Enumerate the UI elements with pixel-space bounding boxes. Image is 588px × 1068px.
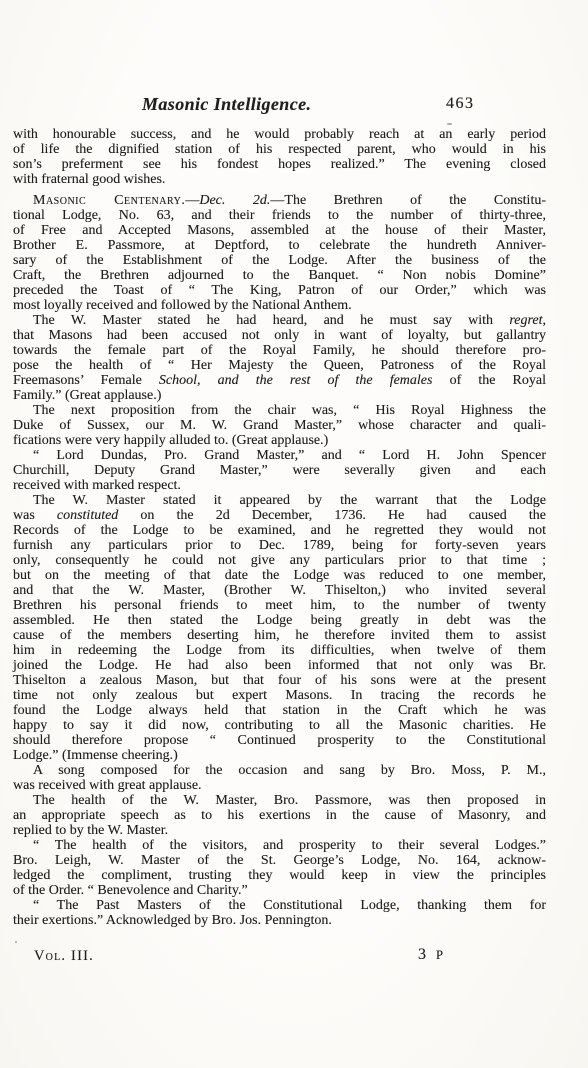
- text-line: was received with great applause.: [13, 778, 546, 793]
- text-line: Thiselton a zealous Mason, but that four…: [13, 673, 546, 688]
- text-segment: constituted: [57, 508, 118, 523]
- signature-letter: P: [436, 948, 443, 962]
- text-line: with fraternal good wishes.: [13, 172, 546, 187]
- text-segment: Lodge.” (Immense cheering.): [13, 748, 178, 763]
- text-segment: on the 2d December, 1736. He had caused …: [118, 508, 546, 523]
- text-segment: The W. Master stated he had heard, and h…: [33, 313, 509, 328]
- text-segment: A song composed for the occasion and san…: [33, 763, 546, 778]
- text-segment: Craft, the Brethren adjourned to the Ban…: [13, 268, 546, 283]
- text-segment: assembled. He then stated the Lodge bein…: [13, 613, 546, 628]
- text-segment: —The Brethren of the Constitu-: [270, 193, 546, 208]
- text-line: Craft, the Brethren adjourned to the Ban…: [13, 268, 546, 283]
- text-line: sary of the Establishment of the Lodge. …: [13, 253, 546, 268]
- paragraph: “ The health of the visitors, and prospe…: [13, 838, 546, 898]
- text-segment: Churchill, Deputy Grand Master,” were se…: [13, 463, 546, 478]
- text-segment: an appropriate speech as to his exertion…: [13, 808, 546, 823]
- text-line: with honourable success, and he would pr…: [13, 127, 546, 142]
- text-line: assembled. He then stated the Lodge bein…: [13, 613, 546, 628]
- paragraph: A song composed for the occasion and san…: [13, 763, 546, 793]
- text-line: of the Order. “ Benevolence and Charity.…: [13, 883, 546, 898]
- text-segment: was: [13, 508, 57, 523]
- text-segment: was received with great applause.: [13, 778, 202, 793]
- text-line: The W. Master stated he had heard, and h…: [13, 313, 546, 328]
- text-line: Brother E. Passmore, at Deptford, to cel…: [13, 238, 546, 253]
- running-title: Masonic Intelligence.: [142, 94, 311, 115]
- text-segment: but on the meeting of that date the Lodg…: [13, 568, 546, 583]
- scan-speck: [447, 123, 452, 125]
- text-segment: Thiselton a zealous Mason, but that four…: [13, 673, 546, 688]
- text-line: “ The Past Masters of the Constitutional…: [13, 898, 546, 913]
- text-line: furnish any particulars prior to Dec. 17…: [13, 538, 546, 553]
- scan-speck: [16, 872, 18, 874]
- text-segment: “ Lord Dundas, Pro. Grand Master,” and “…: [33, 448, 546, 463]
- text-line: of Free and Accepted Masons, assembled a…: [13, 223, 546, 238]
- text-segment: of the Order. “ Benevolence and Charity.…: [13, 883, 248, 898]
- page-footer: Vol. III. 3 P: [13, 948, 546, 966]
- text-segment: tional Lodge, No. 63, and their friends …: [13, 208, 546, 223]
- paragraph: The W. Master stated he had heard, and h…: [13, 313, 546, 403]
- text-segment: “ The health of the visitors, and prospe…: [33, 838, 546, 853]
- text-line: A song composed for the occasion and san…: [13, 763, 546, 778]
- text-segment: with honourable success, and he would pr…: [13, 127, 546, 142]
- text-segment: fications were very happily alluded to. …: [13, 433, 328, 448]
- paragraph: “ The Past Masters of the Constitutional…: [13, 898, 546, 928]
- text-segment: furnish any particulars prior to Dec. 17…: [13, 538, 546, 553]
- text-segment: ledged the compliment, trusting they wou…: [13, 868, 546, 883]
- text-line: The health of the W. Master, Bro. Passmo…: [13, 793, 546, 808]
- text-line: ledged the compliment, trusting they wou…: [13, 868, 546, 883]
- paragraph: The health of the W. Master, Bro. Passmo…: [13, 793, 546, 838]
- text-line: Brethren his personal friends to meet hi…: [13, 598, 546, 613]
- text-segment: him in redeeming the Lodge from its diff…: [13, 643, 546, 658]
- text-line: “ Lord Dundas, Pro. Grand Master,” and “…: [13, 448, 546, 463]
- text-line: most loyally received and followed by th…: [13, 298, 546, 313]
- text-line: their exertions.” Acknowledged by Bro. J…: [13, 913, 546, 928]
- page-header: Masonic Intelligence. 463: [0, 94, 588, 118]
- text-line: Duke of Sussex, our M. W. Grand Master,”…: [13, 418, 546, 433]
- text-line: replied to by the W. Master.: [13, 823, 546, 838]
- text-line: “ The health of the visitors, and prospe…: [13, 838, 546, 853]
- paragraph: Masonic Centenary.—Dec. 2d.—The Brethren…: [13, 193, 546, 313]
- text-segment: with fraternal good wishes.: [13, 172, 165, 187]
- text-line: was constituted on the 2d December, 1736…: [13, 508, 546, 523]
- text-line: pose the health of “ Her Majesty the Que…: [13, 358, 546, 373]
- text-segment: Duke of Sussex, our M. W. Grand Master,”…: [13, 418, 546, 433]
- text-segment: only, consequently he could not give any…: [13, 553, 546, 568]
- signature-number: 3: [418, 946, 429, 963]
- text-segment: their exertions.” Acknowledged by Bro. J…: [13, 913, 332, 928]
- text-segment: The health of the W. Master, Bro. Passmo…: [33, 793, 546, 808]
- text-line: The next proposition from the chair was,…: [13, 403, 546, 418]
- text-segment: The W. Master stated it appeared by the …: [33, 493, 546, 508]
- text-line: Churchill, Deputy Grand Master,” were se…: [13, 463, 546, 478]
- text-segment: Dec. 2d.: [199, 193, 270, 208]
- text-line: fications were very happily alluded to. …: [13, 433, 546, 448]
- text-line: The W. Master stated it appeared by the …: [13, 493, 546, 508]
- text-line: that Masons had been accused not only in…: [13, 328, 546, 343]
- text-line: him in redeeming the Lodge from its diff…: [13, 643, 546, 658]
- text-line: son’s preferment see his fondest hopes r…: [13, 157, 546, 172]
- text-line: of life the dignified station of his res…: [13, 142, 546, 157]
- text-line: Freemasons’ Female School, and the rest …: [13, 373, 546, 388]
- paragraph: The next proposition from the chair was,…: [13, 403, 546, 448]
- text-line: but on the meeting of that date the Lodg…: [13, 568, 546, 583]
- text-segment: should therefore propose “ Continued pro…: [13, 733, 546, 748]
- text-segment: preceded the Toast of “ The King, Patron…: [13, 283, 546, 298]
- text-line: cause of the members deserting him, he t…: [13, 628, 546, 643]
- text-line: tional Lodge, No. 63, and their friends …: [13, 208, 546, 223]
- scan-speck: [15, 941, 17, 943]
- text-segment: joined the Lodge. He had also been infor…: [13, 658, 546, 673]
- text-segment: towards the female part of the Royal Fam…: [13, 343, 546, 358]
- text-segment: “ The Past Masters of the Constitutional…: [33, 898, 546, 913]
- text-segment: sary of the Establishment of the Lodge. …: [13, 253, 546, 268]
- text-segment: cause of the members deserting him, he t…: [13, 628, 546, 643]
- text-segment: Masonic Centenary.: [33, 193, 185, 208]
- signature-mark: 3 P: [418, 946, 443, 964]
- page-number: 463: [446, 95, 475, 113]
- text-segment: and that the W. Master, (Brother W. This…: [13, 583, 546, 598]
- text-segment: that Masons had been accused not only in…: [13, 328, 546, 343]
- paragraph: “ Lord Dundas, Pro. Grand Master,” and “…: [13, 448, 546, 493]
- text-segment: time not only zealous but expert Masons.…: [13, 688, 546, 703]
- text-segment: Family.” (Great applause.): [13, 388, 161, 403]
- text-segment: The next proposition from the chair was,…: [33, 403, 546, 418]
- text-segment: Brethren his personal friends to meet hi…: [13, 598, 546, 613]
- volume-label: Vol. III.: [34, 948, 94, 965]
- text-segment: replied to by the W. Master.: [13, 823, 168, 838]
- text-line: Bro. Leigh, W. Master of the St. George’…: [13, 853, 546, 868]
- text-line: Lodge.” (Immense cheering.): [13, 748, 546, 763]
- text-segment: Freemasons’ Female: [13, 373, 159, 388]
- text-segment: ,: [543, 313, 547, 328]
- text-line: Masonic Centenary.—Dec. 2d.—The Brethren…: [13, 193, 546, 208]
- text-line: time not only zealous but expert Masons.…: [13, 688, 546, 703]
- text-segment: Records of the Lodge to be examined, and…: [13, 523, 546, 538]
- text-segment: of Free and Accepted Masons, assembled a…: [13, 223, 546, 238]
- text-segment: Brother E. Passmore, at Deptford, to cel…: [13, 238, 546, 253]
- text-line: preceded the Toast of “ The King, Patron…: [13, 283, 546, 298]
- text-segment: School, and the rest of the females: [159, 373, 433, 388]
- text-segment: Bro. Leigh, W. Master of the St. George’…: [13, 853, 546, 868]
- text-line: an appropriate speech as to his exertion…: [13, 808, 546, 823]
- text-line: happy to say it did now, contributing to…: [13, 718, 546, 733]
- text-segment: most loyally received and followed by th…: [13, 298, 352, 313]
- text-line: should therefore propose “ Continued pro…: [13, 733, 546, 748]
- text-line: found the Lodge always held that station…: [13, 703, 546, 718]
- text-line: towards the female part of the Royal Fam…: [13, 343, 546, 358]
- text-segment: of the Royal: [432, 373, 546, 388]
- text-segment: received with marked respect.: [13, 478, 181, 493]
- text-line: Family.” (Great applause.): [13, 388, 546, 403]
- text-segment: happy to say it did now, contributing to…: [13, 718, 546, 733]
- paragraph: The W. Master stated it appeared by the …: [13, 493, 546, 763]
- text-segment: —: [185, 193, 199, 208]
- page-body: with honourable success, and he would pr…: [13, 127, 546, 928]
- text-line: joined the Lodge. He had also been infor…: [13, 658, 546, 673]
- text-line: only, consequently he could not give any…: [13, 553, 546, 568]
- text-segment: found the Lodge always held that station…: [13, 703, 546, 718]
- text-segment: of life the dignified station of his res…: [13, 142, 546, 157]
- scanned-page: Masonic Intelligence. 463 with honourabl…: [0, 0, 588, 1068]
- text-line: received with marked respect.: [13, 478, 546, 493]
- text-segment: regret: [509, 313, 542, 328]
- text-segment: pose the health of “ Her Majesty the Que…: [13, 358, 546, 373]
- text-line: and that the W. Master, (Brother W. This…: [13, 583, 546, 598]
- text-segment: son’s preferment see his fondest hopes r…: [13, 157, 546, 172]
- paragraph: with honourable success, and he would pr…: [13, 127, 546, 187]
- text-line: Records of the Lodge to be examined, and…: [13, 523, 546, 538]
